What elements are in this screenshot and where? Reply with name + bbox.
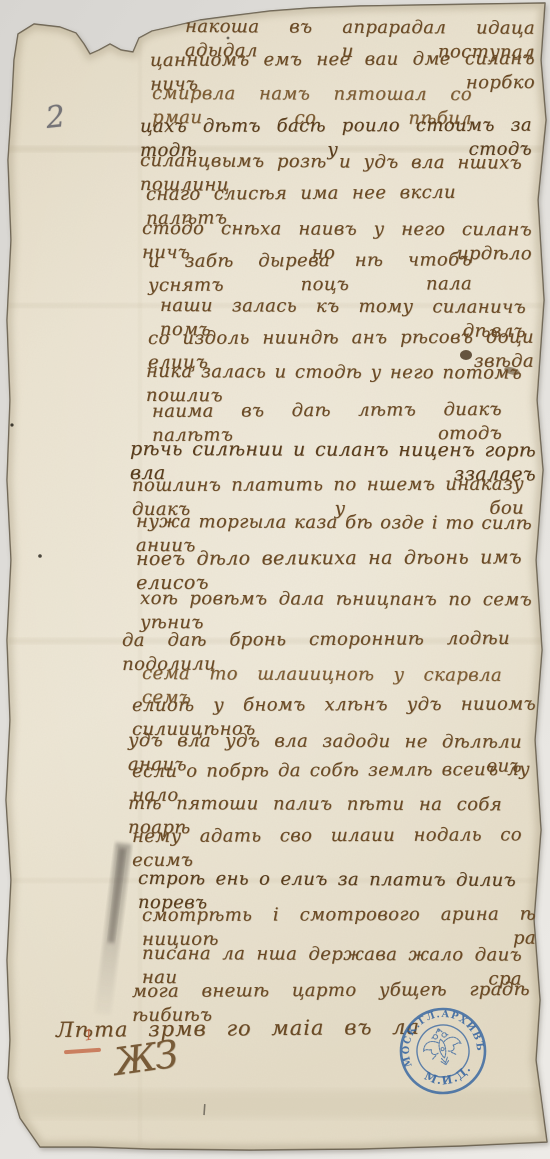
archive-stamp: *МОСК.ГЛ.АРХИВЪ* М.И.Д. (397, 1005, 489, 1097)
scanned-document: накоша въ апрарадал идаца адыдал и посту… (0, 0, 550, 1159)
stamp-bottom-text: М.И.Д. (420, 1059, 477, 1092)
pencil-folio-number: 2 (44, 99, 67, 136)
svg-text:М.И.Д.: М.И.Д. (420, 1059, 477, 1092)
manuscript-line: и забѣ дырева нѣ чтобъ уснятъ поцъ пала (148, 248, 472, 298)
manuscript-date-line: Лѣта зрмв го маіа въ ла (56, 1015, 420, 1042)
paper-speck (10, 423, 13, 426)
manuscript-line: нему адать сво шлаии нодаль со есимъ (132, 823, 522, 873)
paper-speck (38, 554, 42, 558)
ink-flourish: ЖЗ (111, 1032, 179, 1084)
